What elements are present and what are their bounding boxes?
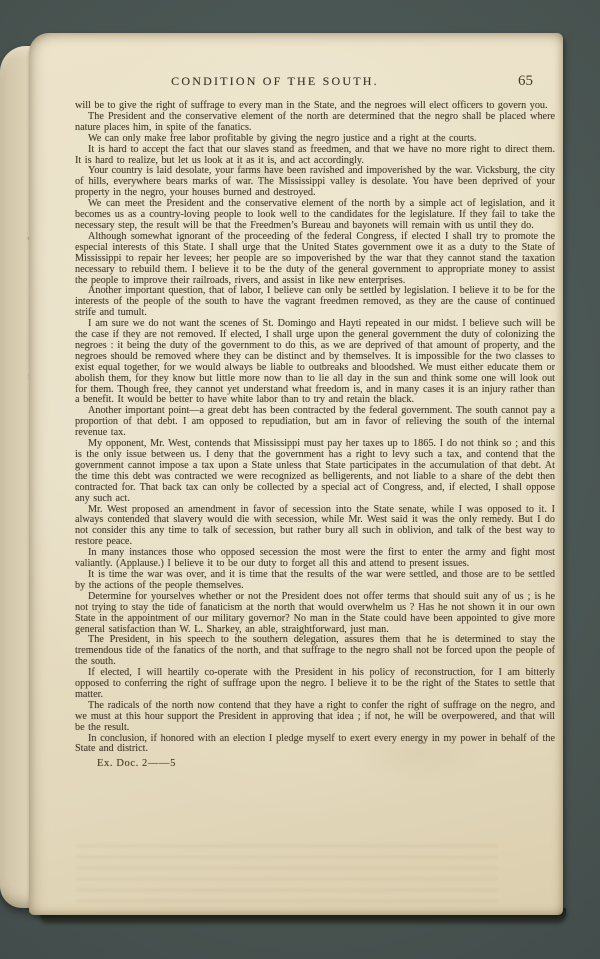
running-header: CONDITION OF THE SOUTH. 65 (75, 73, 555, 90)
paragraph: In many instances those who opposed sece… (75, 548, 555, 570)
paragraph: My opponent, Mr. West, contends that Mis… (75, 439, 555, 504)
book-scan-scene: ffice, Th owary, r, sto qu lem fam g, ad… (0, 0, 600, 959)
paragraph: Another important point—a great debt has… (75, 406, 555, 439)
paragraph: We can meet the President and the conser… (75, 199, 555, 232)
book-page: CONDITION OF THE SOUTH. 65 will be to gi… (29, 33, 563, 915)
paragraph: It is time the war was over, and it is t… (75, 570, 555, 592)
running-header-title: CONDITION OF THE SOUTH. (105, 74, 445, 89)
paragraph: It is hard to accept the fact that our s… (75, 145, 555, 167)
paragraph: We can only make free labor profitable b… (75, 134, 555, 145)
paragraph: Although somewhat ignorant of the procee… (75, 232, 555, 287)
paragraph: Another important question, that of labo… (75, 286, 555, 319)
paragraph: Determine for yourselves whether or not … (75, 592, 555, 636)
paragraph: I am sure we do not want the scenes of S… (75, 319, 555, 406)
paragraph: The President and the conservative eleme… (75, 112, 555, 134)
document-signature-mark: Ex. Doc. 2——5 (97, 758, 555, 769)
paragraph: If elected, I will heartily co-operate w… (75, 668, 555, 701)
page-number: 65 (445, 73, 555, 90)
paragraph: The radicals of the north now contend th… (75, 701, 555, 734)
paragraph: The President, in his speech to the sout… (75, 635, 555, 668)
paragraph: In conclusion, if honored with an electi… (75, 734, 555, 756)
paragraph: Your country is laid desolate, your farm… (75, 166, 555, 199)
paragraph: Mr. West proposed an amendment in favor … (75, 505, 555, 549)
bleed-through-ghosting (77, 845, 497, 909)
text-column: CONDITION OF THE SOUTH. 65 will be to gi… (75, 73, 555, 769)
